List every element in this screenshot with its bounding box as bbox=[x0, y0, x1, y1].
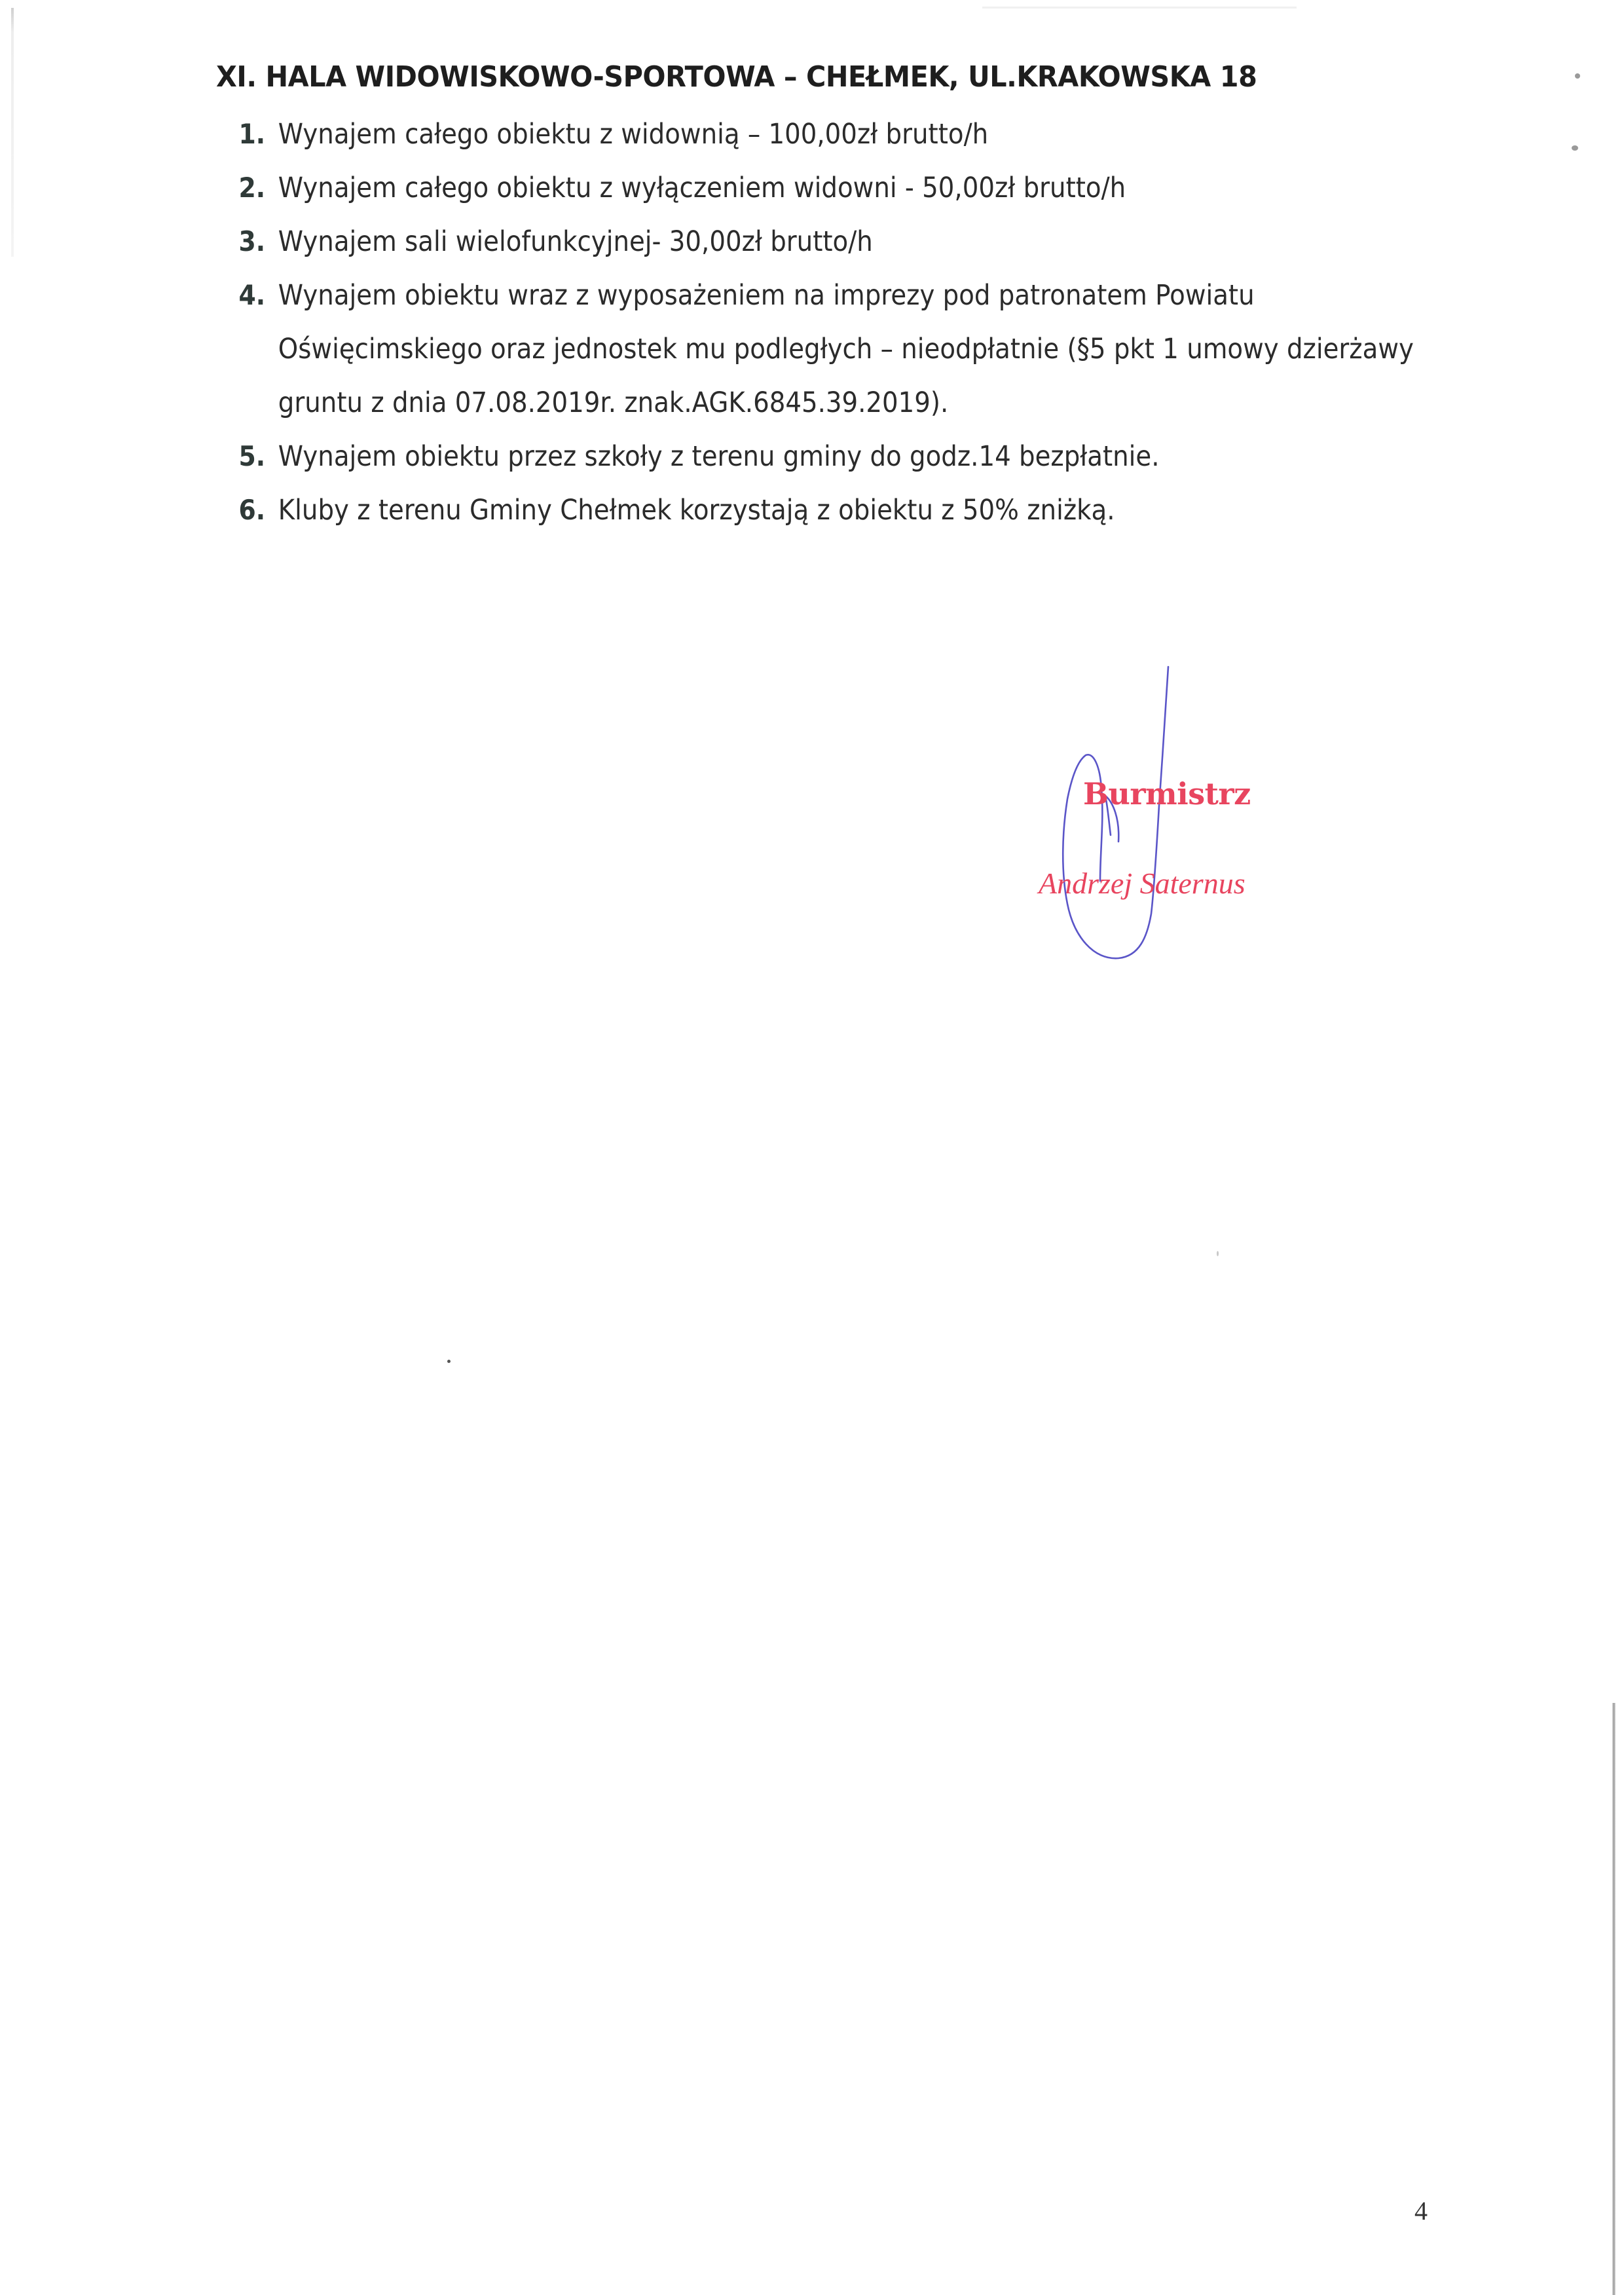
scan-edge-right bbox=[1612, 1703, 1615, 2295]
list-item-text: Wynajem całego obiektu z wyłączeniem wid… bbox=[278, 172, 1126, 204]
list-item-text: Wynajem sali wielofunkcyjnej- 30,00zł br… bbox=[278, 225, 873, 258]
scan-speck bbox=[1575, 73, 1580, 79]
list-item-text: Wynajem obiektu przez szkoły z terenu gm… bbox=[278, 440, 1160, 473]
signature-stamp: Burmistrz Andrzej Saternus bbox=[1002, 655, 1316, 969]
list-item: 6.Kluby z terenu Gminy Chełmek korzystaj… bbox=[0, 494, 1462, 533]
list-item-text: Kluby z terenu Gminy Chełmek korzystają … bbox=[278, 494, 1115, 527]
list-item-number: 3. bbox=[239, 225, 266, 257]
list-item: 5.Wynajem obiektu przez szkoły z terenu … bbox=[0, 440, 1462, 479]
list-item-number: 4. bbox=[239, 279, 266, 311]
document-page: XI. HALA WIDOWISKOWO-SPORTOWA – CHEŁMEK,… bbox=[0, 0, 1624, 2295]
handwritten-signature-icon bbox=[1002, 655, 1316, 969]
scan-edge-top bbox=[982, 7, 1297, 9]
list-item-number: 2. bbox=[239, 172, 266, 204]
scan-speck bbox=[1217, 1251, 1219, 1256]
section-heading: XI. HALA WIDOWISKOWO-SPORTOWA – CHEŁMEK,… bbox=[216, 60, 1257, 94]
stamp-name: Andrzej Saternus bbox=[1039, 866, 1246, 901]
scan-speck bbox=[447, 1360, 451, 1363]
list-item: 2.Wynajem całego obiektu z wyłączeniem w… bbox=[0, 172, 1462, 211]
list-item: 1.Wynajem całego obiektu z widownią – 10… bbox=[0, 118, 1462, 157]
list-item: 4.Wynajem obiektu wraz z wyposażeniem na… bbox=[0, 279, 1462, 318]
stamp-title: Burmistrz bbox=[1083, 776, 1251, 812]
list-item-continuation: Oświęcimskiego oraz jednostek mu podległ… bbox=[0, 333, 1462, 372]
list-item-number: 5. bbox=[239, 440, 266, 472]
list-item: 3.Wynajem sali wielofunkcyjnej- 30,00zł … bbox=[0, 225, 1462, 265]
list-item-number: 6. bbox=[239, 494, 266, 526]
list-item-number: 1. bbox=[239, 118, 266, 150]
scan-speck bbox=[1572, 145, 1578, 151]
page-number: 4 bbox=[1414, 2195, 1428, 2226]
list-item-text: Wynajem obiektu wraz z wyposażeniem na i… bbox=[278, 279, 1255, 312]
list-item-text: Oświęcimskiego oraz jednostek mu podległ… bbox=[278, 333, 1414, 365]
list-item-text: Wynajem całego obiektu z widownią – 100,… bbox=[278, 118, 988, 151]
list-item-continuation: gruntu z dnia 07.08.2019r. znak.AGK.6845… bbox=[0, 386, 1462, 426]
list-item-text: gruntu z dnia 07.08.2019r. znak.AGK.6845… bbox=[278, 386, 949, 419]
